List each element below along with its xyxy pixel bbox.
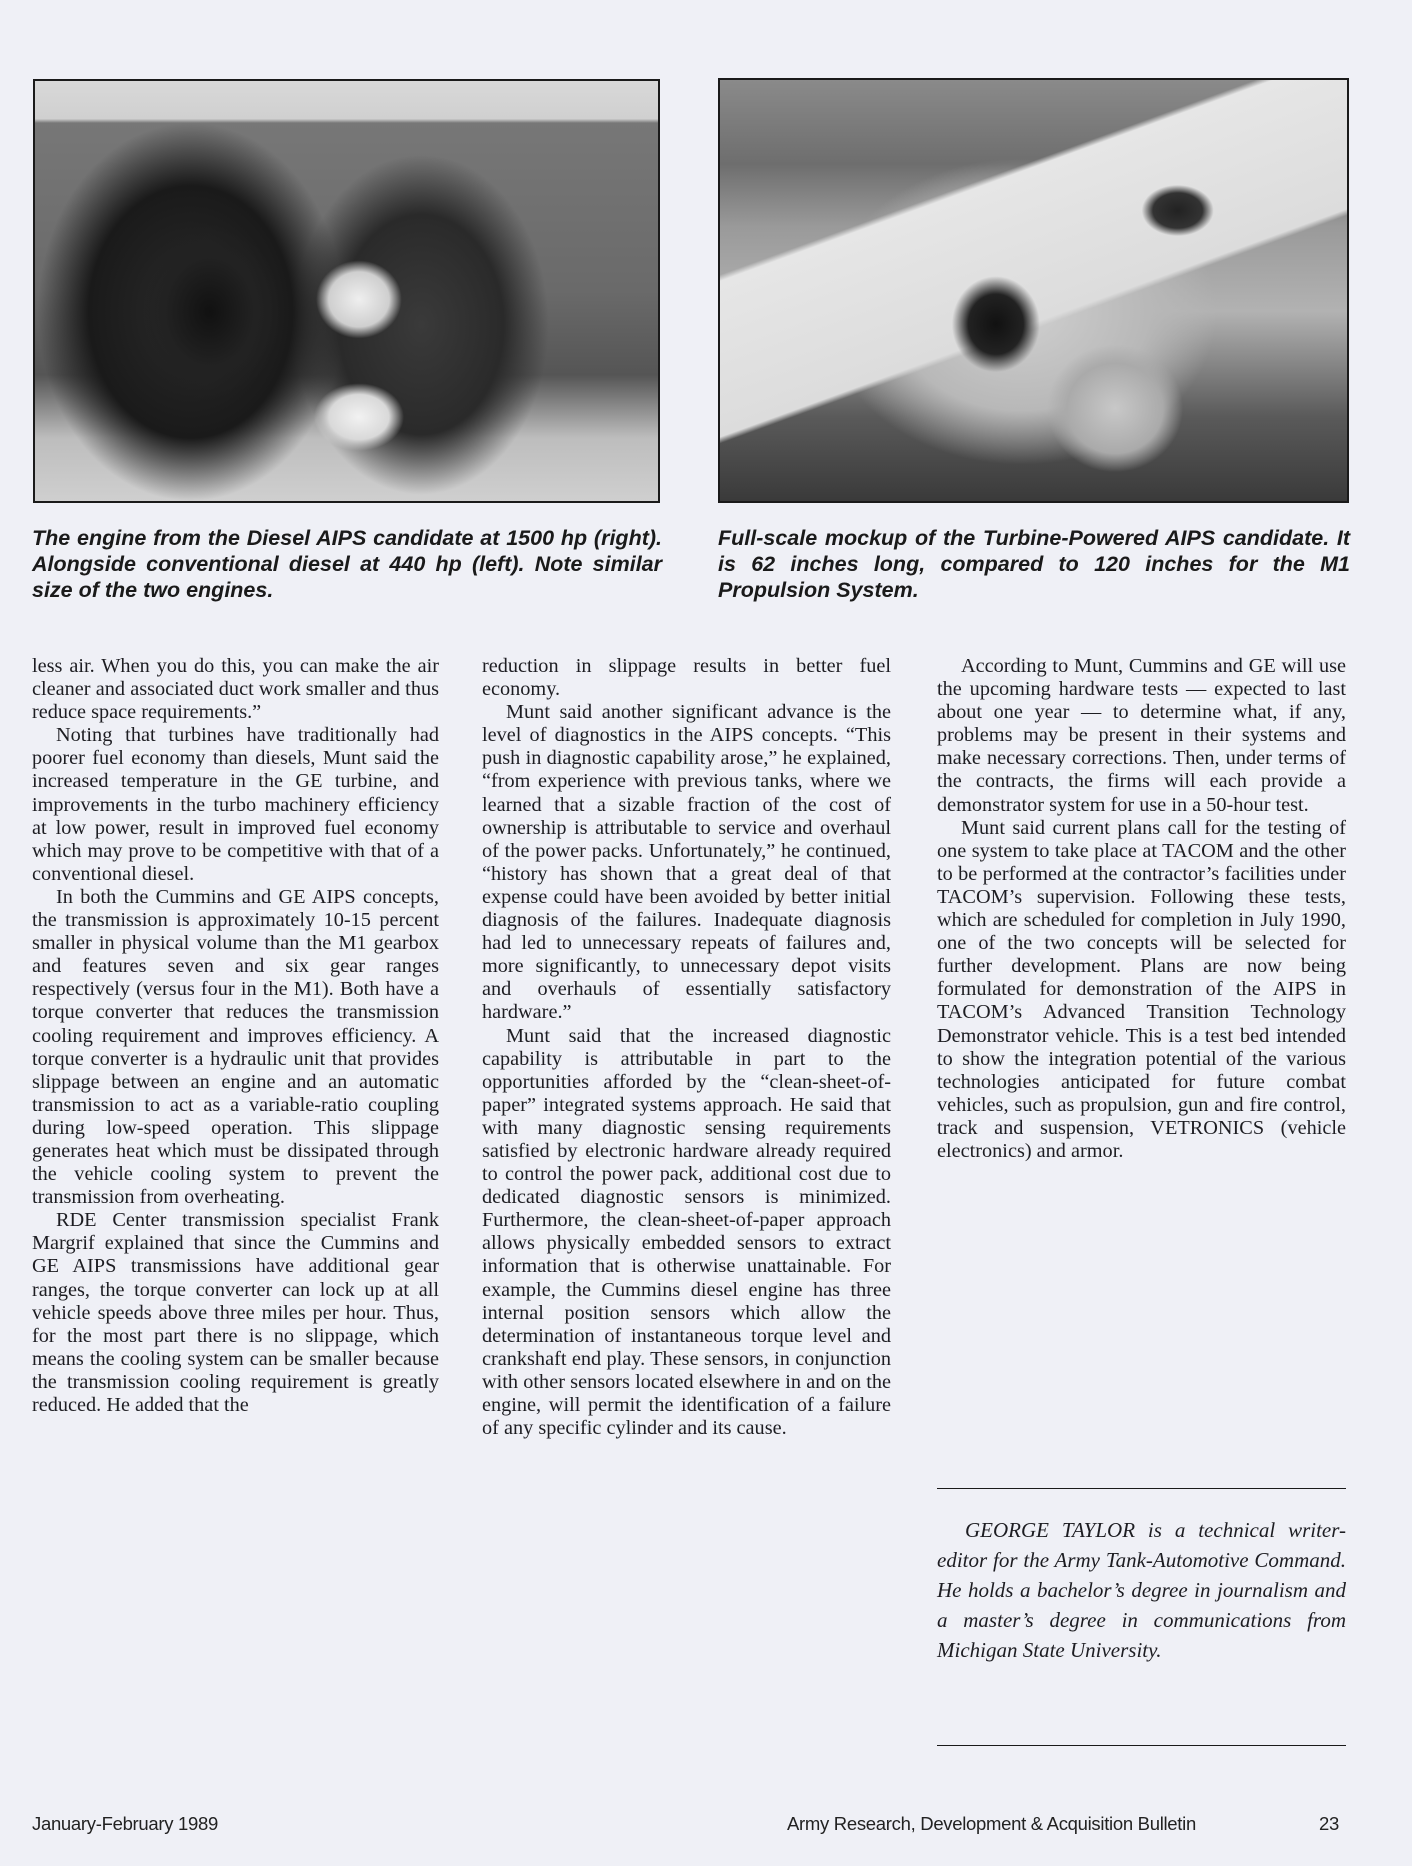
figure-caption-diesel: The engine from the Diesel AIPS candidat… — [32, 525, 662, 603]
engine-comparison-photo — [33, 79, 660, 503]
paragraph: Munt said that the increased diagnostic … — [482, 1025, 891, 1441]
footer-issue-date: January-February 1989 — [32, 1813, 218, 1835]
paragraph: According to Munt, Cummins and GE will u… — [937, 655, 1346, 817]
article-column-1: less air. When you do this, you can make… — [32, 655, 439, 1417]
paragraph: reduction in slippage results in better … — [482, 655, 891, 701]
page-number: 23 — [1319, 1813, 1339, 1835]
paragraph: less air. When you do this, you can make… — [32, 655, 439, 724]
bio-divider-top — [937, 1488, 1346, 1489]
author-bio-text: GEORGE TAYLOR is a technical writer-edit… — [937, 1515, 1346, 1665]
article-column-2: reduction in slippage results in better … — [482, 655, 891, 1440]
paragraph: Noting that turbines have traditionally … — [32, 724, 439, 886]
paragraph: RDE Center transmission specialist Frank… — [32, 1209, 439, 1417]
article-column-3: According to Munt, Cummins and GE will u… — [937, 655, 1346, 1163]
figure-caption-turbine: Full-scale mockup of the Turbine-Powered… — [718, 525, 1350, 603]
paragraph: Munt said current plans call for the tes… — [937, 817, 1346, 1163]
bio-divider-bottom — [937, 1745, 1346, 1746]
turbine-mockup-photo — [718, 78, 1349, 503]
author-bio: GEORGE TAYLOR is a technical writer-edit… — [937, 1515, 1346, 1665]
paragraph: In both the Cummins and GE AIPS concepts… — [32, 886, 439, 1209]
paragraph: Munt said another significant advance is… — [482, 701, 891, 1024]
footer-publication-name: Army Research, Development & Acquisition… — [787, 1813, 1196, 1835]
